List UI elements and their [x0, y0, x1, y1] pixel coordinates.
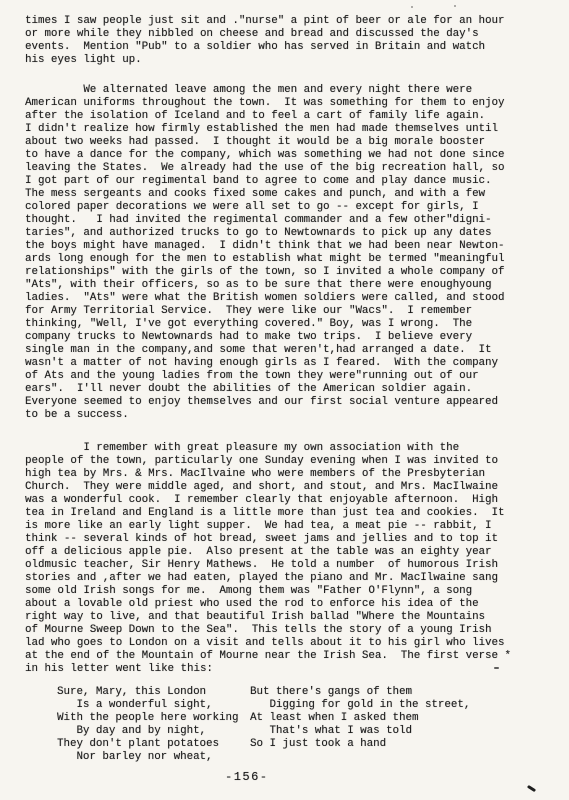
stray-dash-mark	[494, 667, 499, 669]
song-verse-block: Sure, Mary, this London Is a wonderful s…	[57, 686, 569, 764]
paper-speck	[454, 5, 456, 7]
paragraph-company-dance: We alternated leave among the men and ev…	[25, 84, 569, 422]
paragraph-pub-closing: times I saw people just sit and ."nurse"…	[25, 0, 569, 67]
verse-left-column: Sure, Mary, this London Is a wonderful s…	[57, 686, 250, 764]
paper-speck	[411, 6, 413, 8]
paragraph-high-tea: I remember with great pleasure my own as…	[25, 442, 569, 676]
page-number: -156-	[225, 770, 269, 784]
document-page: times I saw people just sit and ."nurse"…	[0, 0, 569, 800]
stray-pen-mark	[527, 785, 536, 792]
verse-right-column: But there's gangs of them Digging for go…	[250, 686, 470, 764]
